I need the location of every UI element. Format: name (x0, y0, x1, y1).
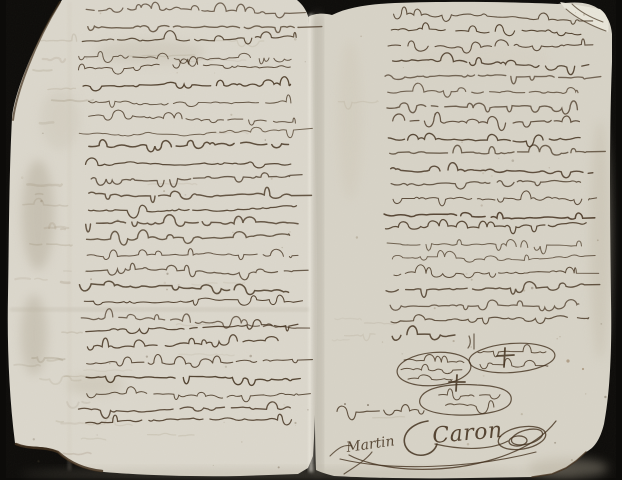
manuscript-svg: Caron Martin (0, 0, 622, 480)
scan-grain (6, 0, 616, 478)
manuscript-scan: Caron Martin (0, 0, 622, 480)
